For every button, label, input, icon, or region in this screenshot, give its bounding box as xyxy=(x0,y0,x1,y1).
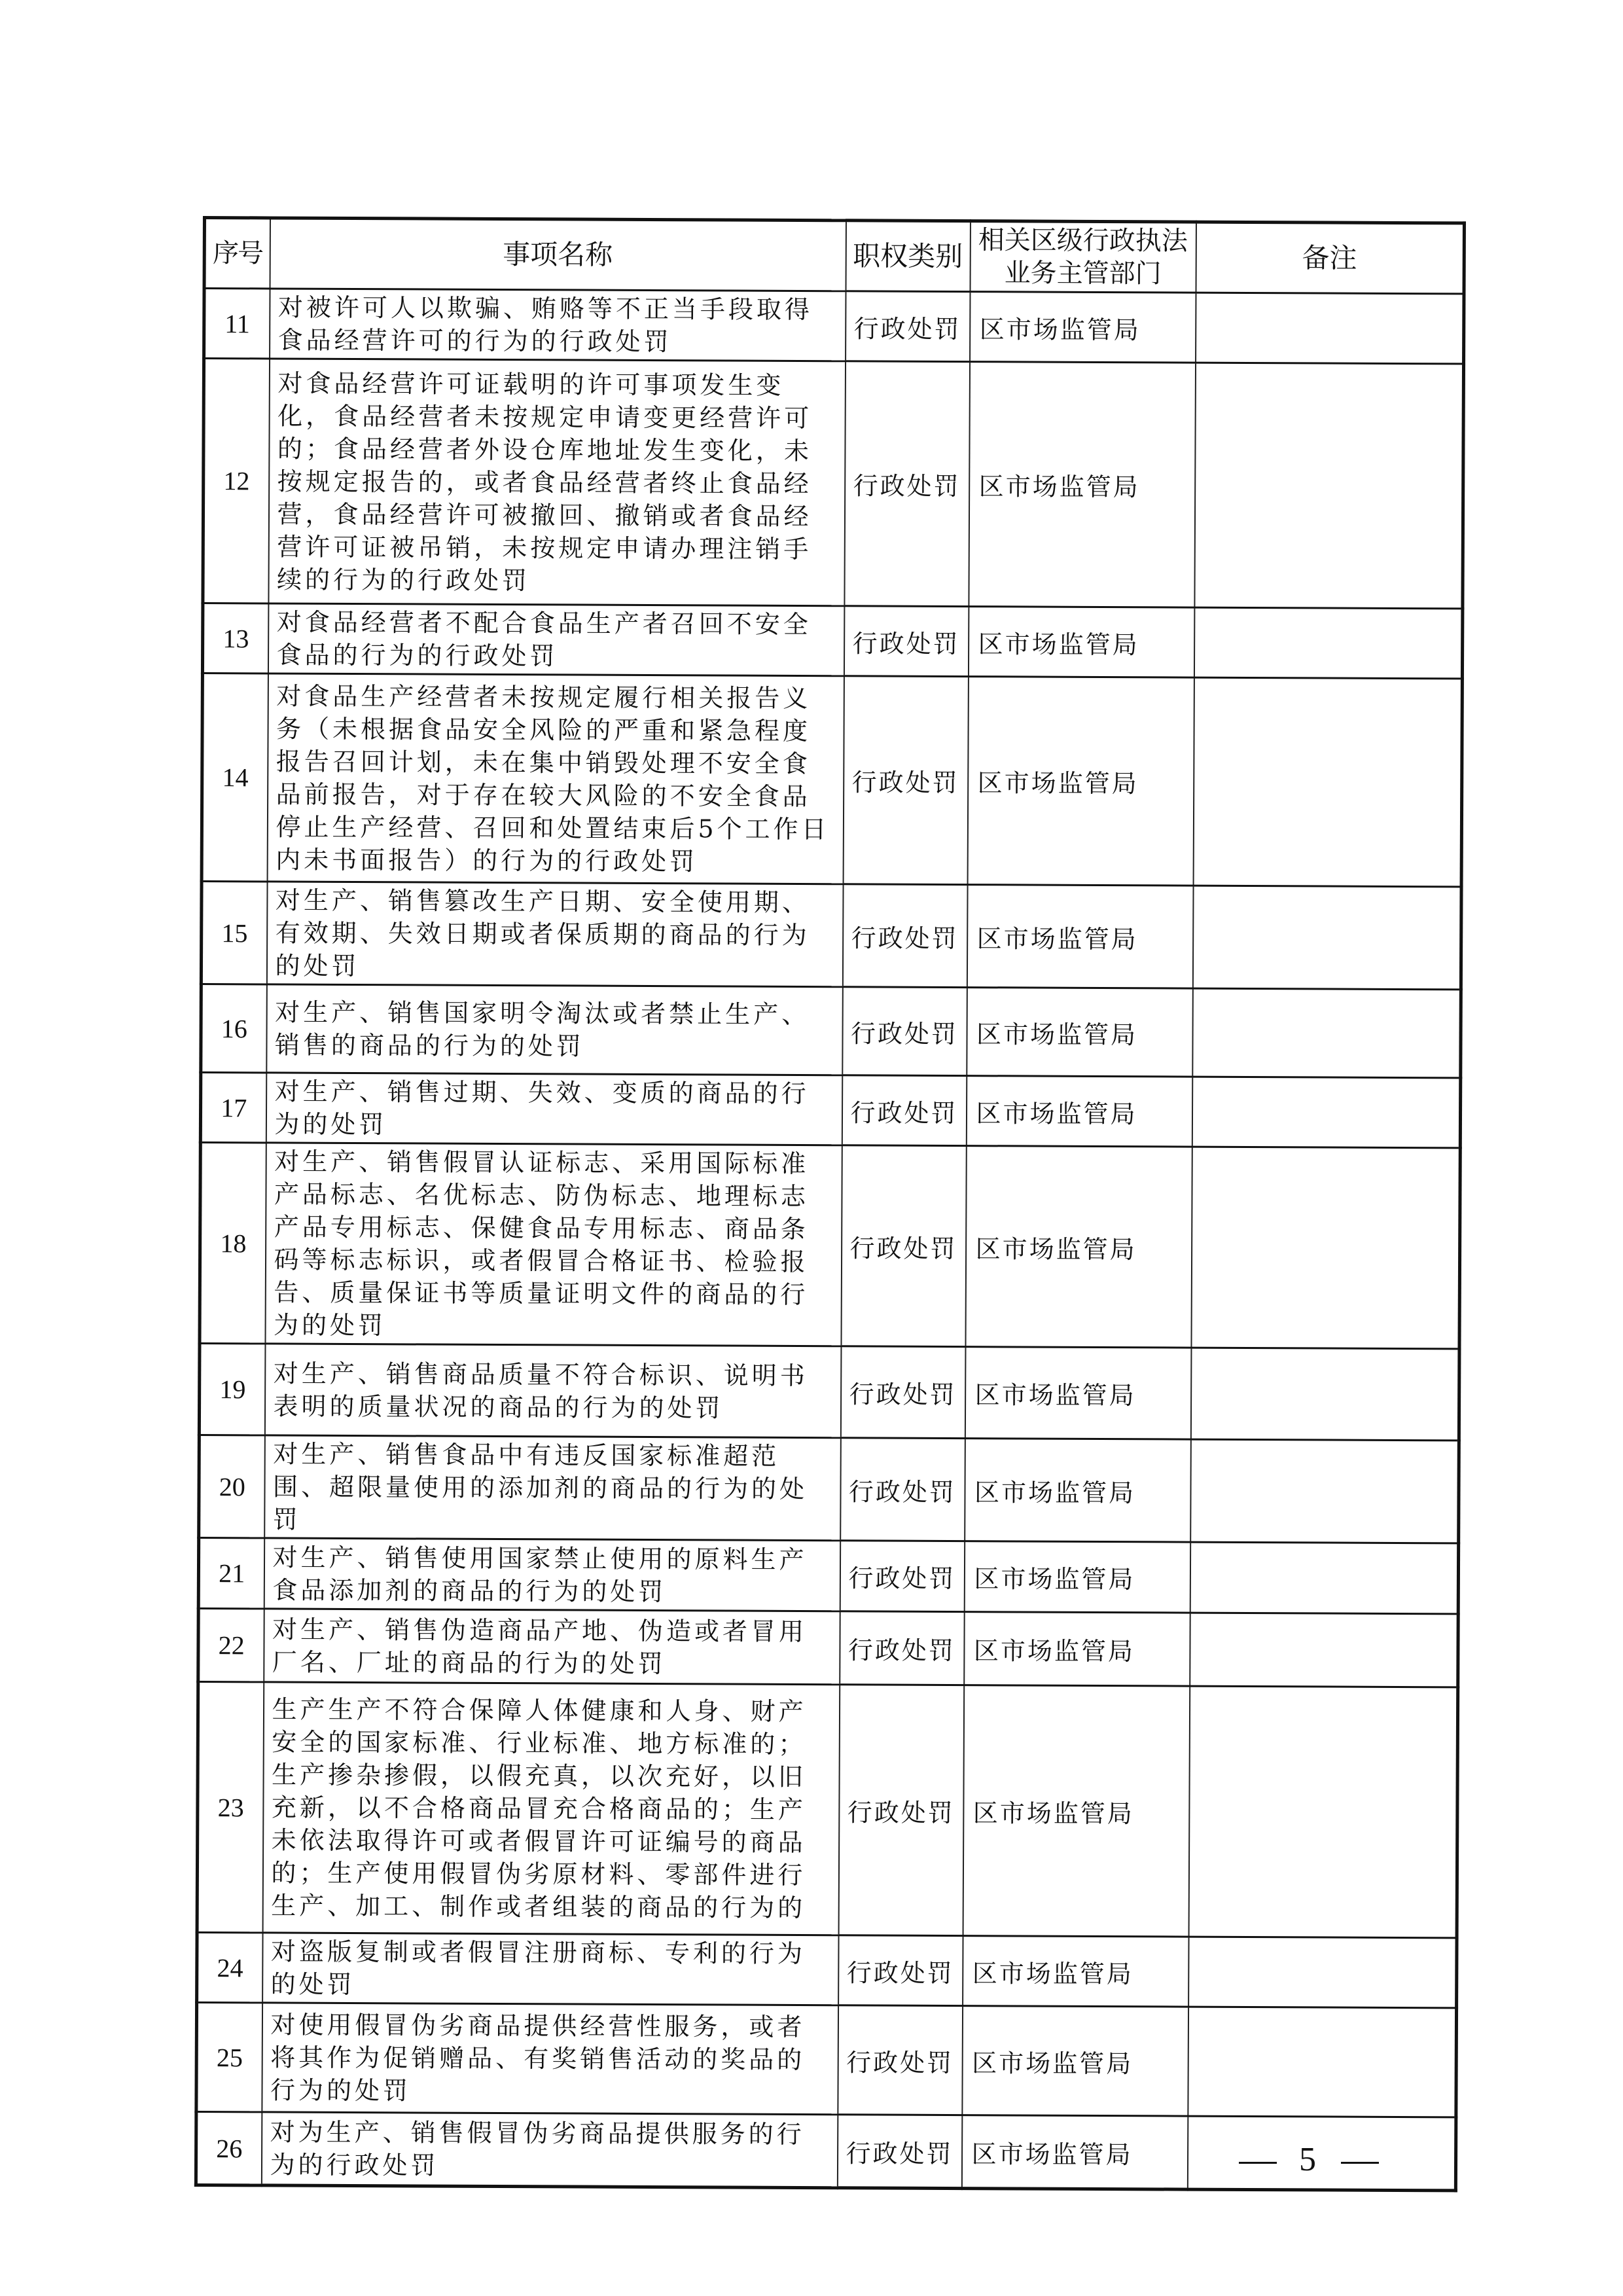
row-department: 区市场监管局 xyxy=(963,1685,1190,1937)
row-department: 区市场监管局 xyxy=(961,2115,1187,2190)
row-power-type: 行政处罚 xyxy=(837,2115,961,2189)
row-item-name: 对食品经营者不配合食品生产者召回不安全食品的行为的行政处罚 xyxy=(268,603,844,676)
row-item-name: 对生产、销售商品质量不符合标识、说明书表明的质量状况的商品的行为的处罚 xyxy=(264,1344,841,1438)
table-row: 12对食品经营许可证载明的许可事项发生变化，食品经营者未按规定申请变更经营许可的… xyxy=(203,359,1464,609)
row-item-name: 对食品生产经营者未按规定履行相关报告义务（未根据食品安全风险的严重和紧急程度报告… xyxy=(267,673,844,884)
row-department: 区市场监管局 xyxy=(969,362,1196,608)
row-department: 区市场监管局 xyxy=(962,2006,1188,2117)
row-item-name: 对生产、销售假冒认证标志、采用国际标准产品标志、名优标志、防伪标志、地理标志产品… xyxy=(265,1143,842,1346)
row-item-name: 对生产、销售国家明令淘汰或者禁止生产、销售的商品的行为的处罚 xyxy=(266,984,843,1075)
row-power-type: 行政处罚 xyxy=(844,606,968,677)
row-seq: 23 xyxy=(197,1681,264,1932)
row-power-type: 行政处罚 xyxy=(842,1075,966,1146)
row-power-type: 行政处罚 xyxy=(841,1145,966,1347)
row-seq: 14 xyxy=(202,673,268,882)
row-power-type: 行政处罚 xyxy=(840,1541,964,1612)
header-dept: 相关区级行政执法业务主管部门 xyxy=(970,221,1196,293)
row-department: 区市场监管局 xyxy=(967,677,1194,886)
header-seq: 序号 xyxy=(204,218,270,289)
row-department: 区市场监管局 xyxy=(965,1146,1192,1348)
row-department: 区市场监管局 xyxy=(970,292,1196,363)
row-item-name: 对使用假冒伪劣商品提供经营性服务，或者将其作为促销赠品、有奖销售活动的奖品的行为… xyxy=(262,2003,838,2115)
row-power-type: 行政处罚 xyxy=(846,291,970,362)
row-seq: 19 xyxy=(199,1343,265,1435)
row-seq: 15 xyxy=(201,882,267,984)
row-department: 区市场监管局 xyxy=(965,1439,1191,1543)
row-item-name: 对生产、销售使用国家禁止使用的原料生产食品添加剂的商品的行为的处罚 xyxy=(264,1538,840,1611)
header-name: 事项名称 xyxy=(270,218,846,291)
header-note: 备注 xyxy=(1196,222,1464,294)
row-seq: 12 xyxy=(203,359,270,603)
row-power-type: 行政处罚 xyxy=(838,2005,963,2115)
row-power-type: 行政处罚 xyxy=(842,884,967,988)
row-note xyxy=(1190,1439,1459,1543)
row-note xyxy=(1192,988,1461,1078)
row-item-name: 对被许可人以欺骗、贿赂等不正当手段取得食品经营许可的行为的行政处罚 xyxy=(270,289,846,361)
row-department: 区市场监管局 xyxy=(968,607,1194,678)
row-note xyxy=(1192,886,1461,990)
page-number-value: 5 xyxy=(1299,2141,1319,2178)
row-note xyxy=(1192,1077,1460,1148)
row-power-type: 行政处罚 xyxy=(838,1935,963,2006)
row-seq: 11 xyxy=(204,289,270,359)
row-department: 区市场监管局 xyxy=(965,1347,1191,1440)
row-note xyxy=(1188,1686,1458,1938)
powers-list-table: 序号 事项名称 职权类别 相关区级行政执法业务主管部门 备注 11对被许可人以欺… xyxy=(194,216,1466,2192)
row-power-type: 行政处罚 xyxy=(838,1685,964,1936)
row-power-type: 行政处罚 xyxy=(844,361,970,607)
table-row: 20对生产、销售食品中有违反国家标准超范围、超限量使用的添加剂的商品的行为的处罚… xyxy=(199,1435,1459,1543)
table-body: 11对被许可人以欺骗、贿赂等不正当手段取得食品经营许可的行为的行政处罚行政处罚区… xyxy=(196,289,1464,2191)
row-department: 区市场监管局 xyxy=(967,885,1193,989)
row-department: 区市场监管局 xyxy=(964,1541,1190,1613)
row-item-name: 对生产、销售过期、失效、变质的商品的行为的处罚 xyxy=(266,1073,842,1145)
table-row: 14对食品生产经营者未按规定履行相关报告义务（未根据食品安全风险的严重和紧急程度… xyxy=(202,673,1462,887)
row-item-name: 对为生产、销售假冒伪劣商品提供服务的行为的行政处罚 xyxy=(261,2112,837,2188)
row-seq: 26 xyxy=(196,2111,261,2185)
row-item-name: 对生产、销售食品中有违反国家标准超范围、超限量使用的添加剂的商品的行为的处罚 xyxy=(264,1435,841,1541)
table-row: 25对使用假冒伪劣商品提供经营性服务，或者将其作为促销赠品、有奖销售活动的奖品的… xyxy=(196,2002,1457,2117)
table-row: 19对生产、销售商品质量不符合标识、说明书表明的质量状况的商品的行为的处罚行政处… xyxy=(199,1343,1459,1440)
row-note xyxy=(1188,2007,1457,2117)
row-seq: 20 xyxy=(199,1435,265,1537)
row-item-name: 生产生产不符合保障人体健康和人身、财产安全的国家标准、行业标准、地方标准的；生产… xyxy=(262,1682,840,1935)
header-type: 职权类别 xyxy=(846,221,970,292)
row-note xyxy=(1190,1348,1459,1441)
row-note xyxy=(1188,1937,1457,2008)
row-power-type: 行政处罚 xyxy=(840,1346,965,1439)
row-item-name: 对食品经营许可证载明的许可事项发生变化，食品经营者未按规定申请变更经营许可的；食… xyxy=(268,359,846,606)
table-row: 18对生产、销售假冒认证标志、采用国际标准产品标志、名优标志、防伪标志、地理标志… xyxy=(200,1142,1460,1348)
row-department: 区市场监管局 xyxy=(963,1936,1188,2007)
table-row: 17对生产、销售过期、失效、变质的商品的行为的处罚行政处罚区市场监管局 xyxy=(200,1072,1460,1147)
row-power-type: 行政处罚 xyxy=(840,1438,965,1541)
table-row: 21对生产、销售使用国家禁止使用的原料生产食品添加剂的商品的行为的处罚行政处罚区… xyxy=(198,1537,1458,1613)
row-seq: 24 xyxy=(197,1932,262,2002)
page-dash-left xyxy=(1239,2162,1277,2164)
row-item-name: 对盗版复制或者假冒注册商标、专利的行为的处罚 xyxy=(262,1933,838,2005)
row-power-type: 行政处罚 xyxy=(840,1611,964,1685)
row-department: 区市场监管局 xyxy=(966,1076,1192,1147)
table-row: 24对盗版复制或者假冒注册商标、专利的行为的处罚行政处罚区市场监管局 xyxy=(197,1932,1457,2007)
row-seq: 13 xyxy=(202,603,268,673)
row-department: 区市场监管局 xyxy=(967,988,1193,1077)
row-power-type: 行政处罚 xyxy=(843,676,968,885)
table-row: 16对生产、销售国家明令淘汰或者禁止生产、销售的商品的行为的处罚行政处罚区市场监… xyxy=(201,984,1461,1077)
row-seq: 25 xyxy=(196,2002,262,2111)
table-row: 13对食品经营者不配合食品生产者召回不安全食品的行为的行政处罚行政处罚区市场监管… xyxy=(202,603,1462,679)
row-item-name: 对生产、销售篡改生产日期、安全使用期、有效期、失效日期或者保质期的商品的行为的处… xyxy=(266,882,843,987)
row-note xyxy=(1193,677,1462,887)
row-note xyxy=(1194,363,1464,609)
table-row: 22对生产、销售伪造商品产地、伪造或者冒用厂名、厂址的商品的行为的处罚行政处罚区… xyxy=(198,1608,1458,1687)
row-item-name: 对生产、销售伪造商品产地、伪造或者冒用厂名、厂址的商品的行为的处罚 xyxy=(264,1609,840,1685)
row-note xyxy=(1190,1542,1458,1614)
table-header-row: 序号 事项名称 职权类别 相关区级行政执法业务主管部门 备注 xyxy=(204,218,1464,294)
row-seq: 17 xyxy=(200,1072,266,1142)
row-note xyxy=(1191,1147,1460,1349)
row-seq: 22 xyxy=(198,1608,264,1681)
row-note xyxy=(1194,607,1462,679)
row-note xyxy=(1190,1613,1458,1687)
table-row: 11对被许可人以欺骗、贿赂等不正当手段取得食品经营许可的行为的行政处罚行政处罚区… xyxy=(204,289,1464,364)
row-seq: 21 xyxy=(198,1537,264,1608)
table-row: 23生产生产不符合保障人体健康和人身、财产安全的国家标准、行业标准、地方标准的；… xyxy=(197,1681,1458,1937)
row-note xyxy=(1196,293,1464,364)
row-seq: 18 xyxy=(200,1142,266,1343)
table-row: 15对生产、销售篡改生产日期、安全使用期、有效期、失效日期或者保质期的商品的行为… xyxy=(201,882,1461,990)
row-power-type: 行政处罚 xyxy=(842,987,967,1076)
page-dash-right xyxy=(1341,2162,1379,2164)
page-number: 5 xyxy=(1211,2140,1407,2179)
row-department: 区市场监管局 xyxy=(964,1612,1190,1687)
row-seq: 16 xyxy=(201,984,267,1072)
